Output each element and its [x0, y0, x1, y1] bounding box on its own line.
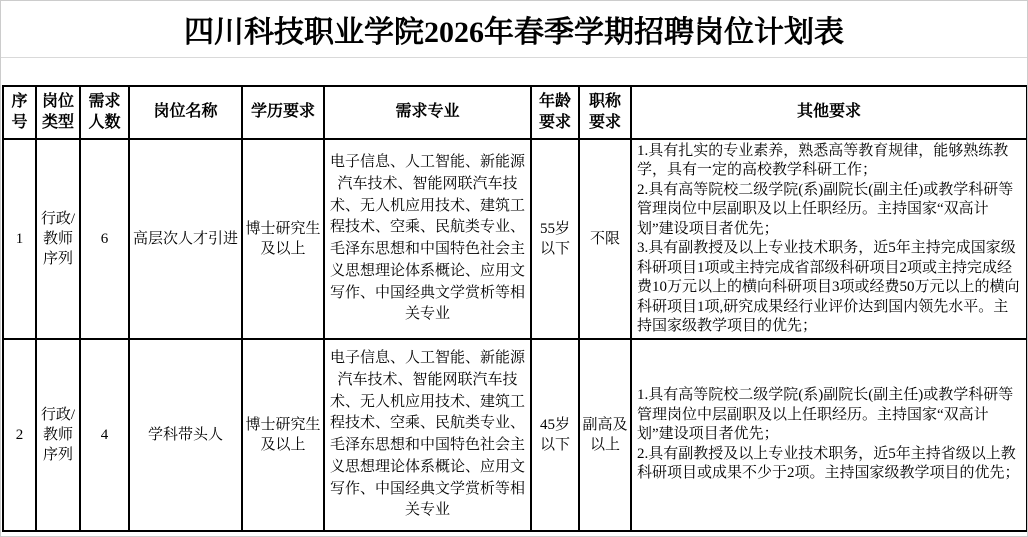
cell-position-name: 学科带头人 [129, 339, 242, 531]
cell-education: 博士研究生及以上 [242, 139, 324, 339]
cell-age: 45岁以下 [531, 339, 579, 531]
recruitment-plan-table: 序号 岗位类型 需求人数 岗位名称 学历要求 需求专业 年龄要求 职称要求 其他… [2, 85, 1028, 532]
header-position-name: 岗位名称 [129, 86, 242, 139]
cell-other-req: 1.具有高等院校二级学院(系)副院长(副主任)或教学科研等管理岗位中层副职及以上… [631, 339, 1027, 531]
cell-seq: 1 [3, 139, 36, 339]
header-title-req: 职称要求 [579, 86, 631, 139]
page-title: 四川科技职业学院2026年春季学期招聘岗位计划表 [184, 7, 844, 51]
cell-title-req: 不限 [579, 139, 631, 339]
cell-headcount: 6 [80, 139, 129, 339]
cell-majors: 电子信息、人工智能、新能源汽车技术、智能网联汽车技术、无人机应用技术、建筑工程技… [324, 339, 531, 531]
document-page: 四川科技职业学院2026年春季学期招聘岗位计划表 序号 岗位类型 需求人数 岗位… [0, 0, 1028, 537]
cell-majors: 电子信息、人工智能、新能源汽车技术、智能网联汽车技术、无人机应用技术、建筑工程技… [324, 139, 531, 339]
cell-seq: 2 [3, 339, 36, 531]
cell-headcount: 4 [80, 339, 129, 531]
title-band: 四川科技职业学院2026年春季学期招聘岗位计划表 [1, 1, 1027, 58]
header-other-req: 其他要求 [631, 86, 1027, 139]
header-headcount: 需求人数 [80, 86, 129, 139]
cell-age: 55岁以下 [531, 139, 579, 339]
header-education: 学历要求 [242, 86, 324, 139]
header-majors: 需求专业 [324, 86, 531, 139]
cell-other-req: 1.具有扎实的专业素养，熟悉高等教育规律，能够熟练教学，具有一定的高校教学科研工… [631, 139, 1027, 339]
cell-position-name: 高层次人才引进 [129, 139, 242, 339]
table-header-row: 序号 岗位类型 需求人数 岗位名称 学历要求 需求专业 年龄要求 职称要求 其他… [3, 86, 1027, 139]
table-row: 1 行政/教师序列 6 高层次人才引进 博士研究生及以上 电子信息、人工智能、新… [3, 139, 1027, 339]
table-row: 2 行政/教师序列 4 学科带头人 博士研究生及以上 电子信息、人工智能、新能源… [3, 339, 1027, 531]
cell-position-type: 行政/教师序列 [36, 339, 80, 531]
cell-position-type: 行政/教师序列 [36, 139, 80, 339]
header-seq: 序号 [3, 86, 36, 139]
cell-education: 博士研究生及以上 [242, 339, 324, 531]
cell-title-req: 副高及以上 [579, 339, 631, 531]
header-age: 年龄要求 [531, 86, 579, 139]
header-position-type: 岗位类型 [36, 86, 80, 139]
